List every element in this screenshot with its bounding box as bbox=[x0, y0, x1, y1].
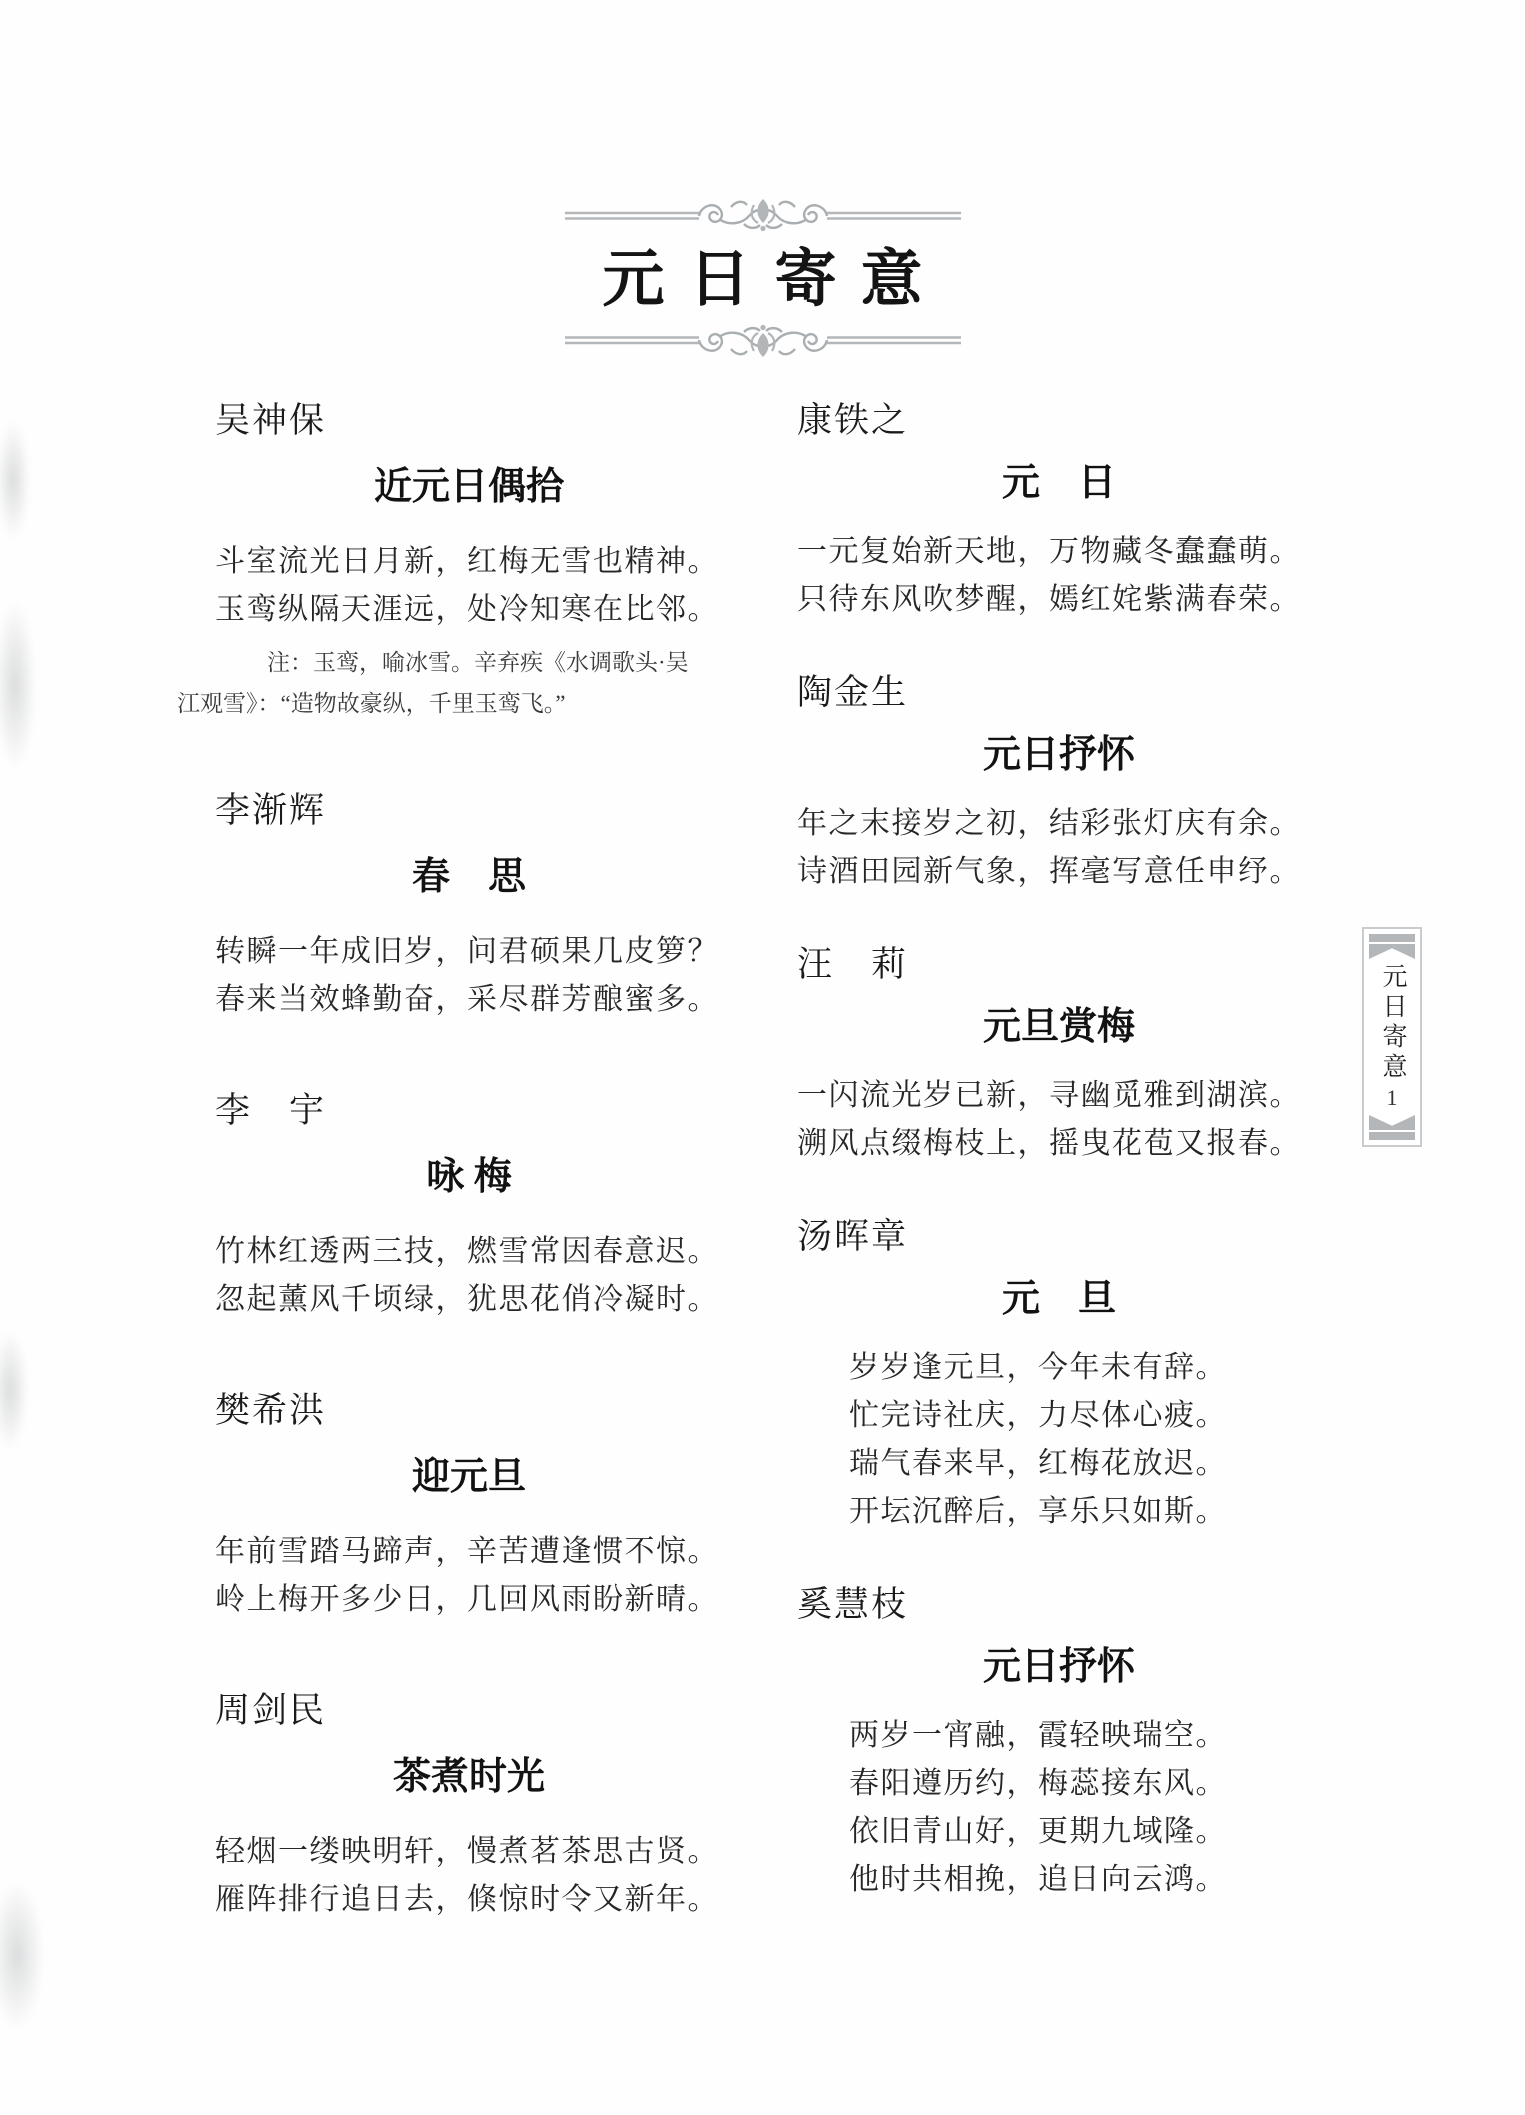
poem-section: 吴神保近元日偶拾斗室流光日月新，红梅无雪也精神。玉鸾纵隔天涯远，处冷知寒在比邻。… bbox=[215, 398, 723, 724]
poem-lines: 轻烟一缕映明轩，慢煮茗茶思古贤。雁阵排行追日去，倏惊时令又新年。 bbox=[215, 1828, 723, 1924]
poem-line: 忙完诗社庆，力尽体心疲。 bbox=[849, 1392, 1321, 1440]
poem-lines: 竹林红透两三技，燃雪常因春意迟。忽起薰风千顷绿，犹思花俏冷凝时。 bbox=[215, 1228, 723, 1324]
poem-line: 年之末接岁之初，结彩张灯庆有余。 bbox=[797, 800, 1321, 848]
note-line: 注：玉鸾，喻冰雪。辛弃疾《水调歌头·吴 bbox=[177, 642, 725, 683]
poem-section: 周剑民茶煮时光轻烟一缕映明轩，慢煮茗茶思古贤。雁阵排行追日去，倏惊时令又新年。 bbox=[215, 1688, 723, 1924]
tab-bar-bottom bbox=[1369, 1132, 1415, 1140]
page-number: 1 bbox=[1387, 1086, 1398, 1110]
poem-line: 一闪流光岁已新，寻幽觅雅到湖滨。 bbox=[797, 1072, 1321, 1120]
poem-author: 奚慧枝 bbox=[797, 1582, 1321, 1628]
poem-section: 陶金生元日抒怀年之末接岁之初，结彩张灯庆有余。诗酒田园新气象，挥毫写意任申纾。 bbox=[797, 670, 1321, 896]
tab-bar-top bbox=[1369, 934, 1415, 942]
poem-line: 春阳遵历约，梅蕊接东风。 bbox=[849, 1760, 1321, 1808]
scan-artifact bbox=[0, 1880, 44, 2030]
poem-line: 瑞气春来早，红梅花放迟。 bbox=[849, 1440, 1321, 1488]
poem-lines: 年前雪踏马蹄声，辛苦遭逢惯不惊。岭上梅开多少日，几回风雨盼新晴。 bbox=[215, 1528, 723, 1624]
chapter-bookmark-tab: 元日寄意 1 bbox=[1362, 927, 1422, 1147]
poem-columns: 吴神保近元日偶拾斗室流光日月新，红梅无雪也精神。玉鸾纵隔天涯远，处冷知寒在比邻。… bbox=[215, 398, 1321, 1988]
poem-title: 元日抒怀 bbox=[797, 730, 1321, 780]
poem-section: 汤晖章元 旦岁岁逢元旦，今年未有辞。忙完诗社庆，力尽体心疲。瑞气春来早，红梅花放… bbox=[797, 1214, 1321, 1536]
poem-title: 元 日 bbox=[797, 458, 1321, 508]
poem-section: 汪 莉元旦赏梅一闪流光岁已新，寻幽觅雅到湖滨。溯风点缀梅枝上，摇曳花苞又报春。 bbox=[797, 942, 1321, 1168]
poem-section: 奚慧枝元日抒怀两岁一宵融，霞轻映瑞空。春阳遵历约，梅蕊接东风。依旧青山好，更期九… bbox=[797, 1582, 1321, 1904]
scanned-poetry-page: 元日寄意 吴神保近元日偶拾斗室流光日月新，红梅无雪也精神。玉鸾纵隔天涯远，处冷知… bbox=[0, 0, 1525, 2115]
poem-title: 春 思 bbox=[215, 852, 723, 902]
poem-line: 开坛沉醉后，享乐只如斯。 bbox=[849, 1488, 1321, 1536]
scan-artifact bbox=[0, 600, 36, 770]
poem-line: 玉鸾纵隔天涯远，处冷知寒在比邻。 bbox=[215, 586, 723, 634]
poem-line: 溯风点缀梅枝上，摇曳花苞又报春。 bbox=[797, 1120, 1321, 1168]
poem-line: 雁阵排行追日去，倏惊时令又新年。 bbox=[215, 1876, 723, 1924]
poem-lines: 一闪流光岁已新，寻幽觅雅到湖滨。溯风点缀梅枝上，摇曳花苞又报春。 bbox=[797, 1072, 1321, 1168]
tab-ribbon-top-icon bbox=[1369, 944, 1415, 959]
poem-author: 李渐辉 bbox=[215, 788, 723, 834]
poem-line: 岁岁逢元旦，今年未有辞。 bbox=[849, 1344, 1321, 1392]
poem-author: 周剑民 bbox=[215, 1688, 723, 1734]
poem-author: 陶金生 bbox=[797, 670, 1321, 716]
poem-author: 汪 莉 bbox=[797, 942, 1321, 988]
poem-lines: 两岁一宵融，霞轻映瑞空。春阳遵历约，梅蕊接东风。依旧青山好，更期九域隆。他时共相… bbox=[797, 1712, 1321, 1904]
poem-author: 李 宇 bbox=[215, 1088, 723, 1134]
poem-line: 依旧青山好，更期九域隆。 bbox=[849, 1808, 1321, 1856]
poem-title: 迎元旦 bbox=[215, 1452, 723, 1502]
note-line: 江观雪》：“造物故豪纵，千里玉鸾飞。” bbox=[177, 683, 725, 724]
poem-line: 只待东风吹梦醒，嫣红姹紫满春荣。 bbox=[797, 576, 1321, 624]
tab-ribbon-bottom-icon bbox=[1369, 1115, 1415, 1130]
floral-divider-bottom-icon bbox=[563, 316, 963, 364]
poem-lines: 岁岁逢元旦，今年未有辞。忙完诗社庆，力尽体心疲。瑞气春来早，红梅花放迟。开坛沉醉… bbox=[797, 1344, 1321, 1536]
poem-line: 转瞬一年成旧岁，问君硕果几皮箩？ bbox=[215, 928, 723, 976]
poem-section: 康铁之元 日一元复始新天地，万物藏冬蠢蠢萌。只待东风吹梦醒，嫣红姹紫满春荣。 bbox=[797, 398, 1321, 624]
poem-lines: 斗室流光日月新，红梅无雪也精神。玉鸾纵隔天涯远，处冷知寒在比邻。 bbox=[215, 538, 723, 634]
poem-line: 年前雪踏马蹄声，辛苦遭逢惯不惊。 bbox=[215, 1528, 723, 1576]
poem-author: 樊希洪 bbox=[215, 1388, 723, 1434]
chapter-label: 元日寄意 bbox=[1369, 963, 1415, 1083]
page-header: 元日寄意 bbox=[0, 192, 1525, 364]
poem-line: 竹林红透两三技，燃雪常因春意迟。 bbox=[215, 1228, 723, 1276]
poem-line: 两岁一宵融，霞轻映瑞空。 bbox=[849, 1712, 1321, 1760]
poem-section: 李渐辉春 思转瞬一年成旧岁，问君硕果几皮箩？春来当效蜂勤奋，采尽群芳酿蜜多。 bbox=[215, 788, 723, 1024]
poem-title: 咏 梅 bbox=[215, 1152, 723, 1202]
poem-lines: 年之末接岁之初，结彩张灯庆有余。诗酒田园新气象，挥毫写意任申纾。 bbox=[797, 800, 1321, 896]
poem-title: 茶煮时光 bbox=[215, 1752, 723, 1802]
poem-lines: 一元复始新天地，万物藏冬蠢蠢萌。只待东风吹梦醒，嫣红姹紫满春荣。 bbox=[797, 528, 1321, 624]
poem-title: 元日抒怀 bbox=[797, 1642, 1321, 1692]
poem-section: 樊希洪迎元旦年前雪踏马蹄声，辛苦遭逢惯不惊。岭上梅开多少日，几回风雨盼新晴。 bbox=[215, 1388, 723, 1624]
scan-artifact bbox=[0, 1330, 28, 1450]
poem-line: 斗室流光日月新，红梅无雪也精神。 bbox=[215, 538, 723, 586]
column-right: 康铁之元 日一元复始新天地，万物藏冬蠢蠢萌。只待东风吹梦醒，嫣红姹紫满春荣。陶金… bbox=[797, 398, 1321, 1950]
poem-section: 李 宇咏 梅竹林红透两三技，燃雪常因春意迟。忽起薰风千顷绿，犹思花俏冷凝时。 bbox=[215, 1088, 723, 1324]
poem-author: 汤晖章 bbox=[797, 1214, 1321, 1260]
poem-line: 他时共相挽，追日向云鸿。 bbox=[849, 1856, 1321, 1904]
column-left: 吴神保近元日偶拾斗室流光日月新，红梅无雪也精神。玉鸾纵隔天涯远，处冷知寒在比邻。… bbox=[215, 398, 723, 1988]
poem-title: 近元日偶拾 bbox=[215, 462, 723, 512]
poem-line: 忽起薰风千顷绿，犹思花俏冷凝时。 bbox=[215, 1276, 723, 1324]
page-title: 元日寄意 bbox=[0, 246, 1525, 314]
poem-title: 元旦赏梅 bbox=[797, 1002, 1321, 1052]
poem-title: 元 旦 bbox=[797, 1274, 1321, 1324]
poem-line: 轻烟一缕映明轩，慢煮茗茶思古贤。 bbox=[215, 1828, 723, 1876]
poem-note: 注：玉鸾，喻冰雪。辛弃疾《水调歌头·吴江观雪》：“造物故豪纵，千里玉鸾飞。” bbox=[177, 642, 725, 724]
poem-lines: 转瞬一年成旧岁，问君硕果几皮箩？春来当效蜂勤奋，采尽群芳酿蜜多。 bbox=[215, 928, 723, 1024]
poem-line: 诗酒田园新气象，挥毫写意任申纾。 bbox=[797, 848, 1321, 896]
scan-artifact bbox=[0, 420, 30, 540]
floral-divider-top-icon bbox=[563, 192, 963, 240]
poem-author: 康铁之 bbox=[797, 398, 1321, 444]
poem-line: 春来当效蜂勤奋，采尽群芳酿蜜多。 bbox=[215, 976, 723, 1024]
poem-line: 一元复始新天地，万物藏冬蠢蠢萌。 bbox=[797, 528, 1321, 576]
poem-author: 吴神保 bbox=[215, 398, 723, 444]
poem-line: 岭上梅开多少日，几回风雨盼新晴。 bbox=[215, 1576, 723, 1624]
